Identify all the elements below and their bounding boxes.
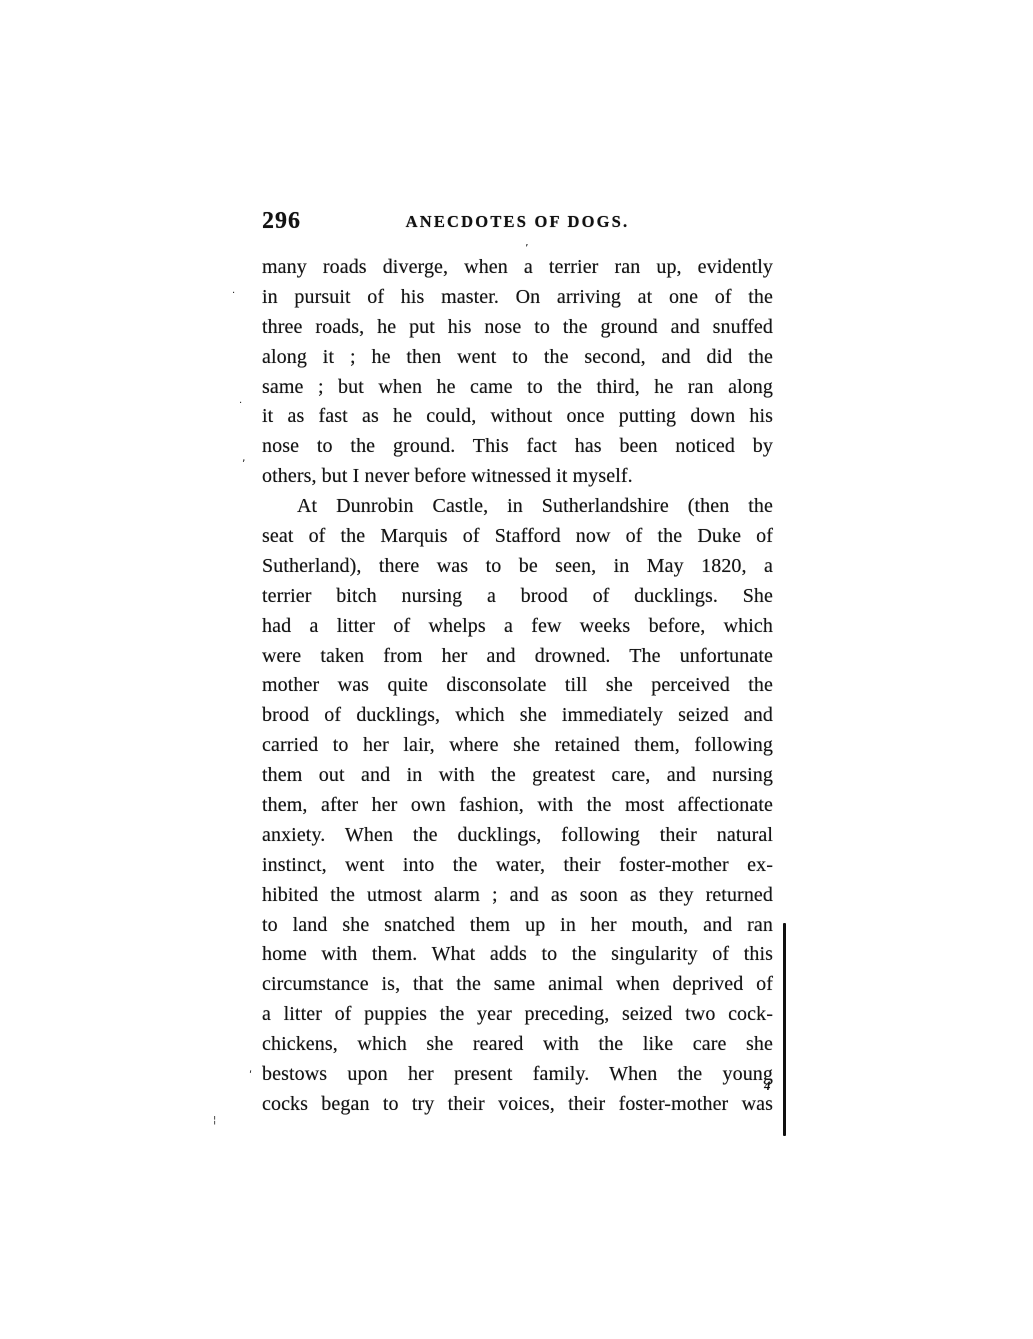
text-line: had a litter of whelps a few weeks befor… xyxy=(262,612,773,642)
text-line: hibited the utmost alarm ; and as soon a… xyxy=(262,881,773,911)
text-line: circumstance is, that the same animal wh… xyxy=(262,970,773,1000)
text-line: a litter of puppies the year preceding, … xyxy=(262,1000,773,1030)
page-header: 296 ANECDOTES OF DOGS. xyxy=(262,208,773,238)
text-line: nose to the ground. This fact has been n… xyxy=(262,432,773,462)
text-line: seat of the Marquis of Stafford now of t… xyxy=(262,522,773,552)
scan-speck: ¦ xyxy=(213,1116,216,1126)
text-line: terrier bitch nursing a brood of ducklin… xyxy=(262,582,773,612)
text-line: home with them. What adds to the singula… xyxy=(262,940,773,970)
text-line: chickens, which she reared with the like… xyxy=(262,1030,773,1060)
scan-speck: ʹ xyxy=(249,1070,252,1081)
book-page: 296 ANECDOTES OF DOGS. many roads diverg… xyxy=(0,0,1033,1339)
text-line: to land she snatched them up in her mout… xyxy=(262,911,773,941)
text-line: many roads diverge, when a terrier ran u… xyxy=(262,253,773,283)
text-line: mother was quite disconsolate till she p… xyxy=(262,671,773,701)
text-line: in pursuit of his master. On arriving at… xyxy=(262,283,773,313)
text-line: along it ; he then went to the second, a… xyxy=(262,343,773,373)
text-block: many roads diverge, when a terrier ran u… xyxy=(262,253,773,1120)
text-line: brood of ducklings, which she immediatel… xyxy=(262,701,773,731)
signature-mark: 4 xyxy=(764,1078,771,1094)
text-line: were taken from her and drowned. The unf… xyxy=(262,642,773,672)
scan-speck: · xyxy=(239,399,242,409)
text-line: cocks began to try their voices, their f… xyxy=(262,1090,773,1120)
scan-line-artifact xyxy=(783,923,786,1136)
scan-speck: , xyxy=(242,452,246,463)
scan-speck: · xyxy=(232,289,235,299)
text-line: same ; but when he came to the third, he… xyxy=(262,373,773,403)
text-line: bestows upon her present family. When th… xyxy=(262,1060,773,1090)
text-line: them, after her own fashion, with the mo… xyxy=(262,791,773,821)
text-line: Sutherland), there was to be seen, in Ma… xyxy=(262,552,773,582)
text-line: three roads, he put his nose to the grou… xyxy=(262,313,773,343)
running-title: ANECDOTES OF DOGS. xyxy=(262,212,773,232)
text-line: At Dunrobin Castle, in Sutherlandshire (… xyxy=(262,492,773,522)
text-line: others, but I never before witnessed it … xyxy=(262,462,773,492)
scan-speck: ʼ xyxy=(525,243,529,254)
text-line: instinct, went into the water, their fos… xyxy=(262,851,773,881)
text-line: them out and in with the greatest care, … xyxy=(262,761,773,791)
text-line: it as fast as he could, without once put… xyxy=(262,402,773,432)
text-line: carried to her lair, where she retained … xyxy=(262,731,773,761)
text-line: anxiety. When the ducklings, following t… xyxy=(262,821,773,851)
